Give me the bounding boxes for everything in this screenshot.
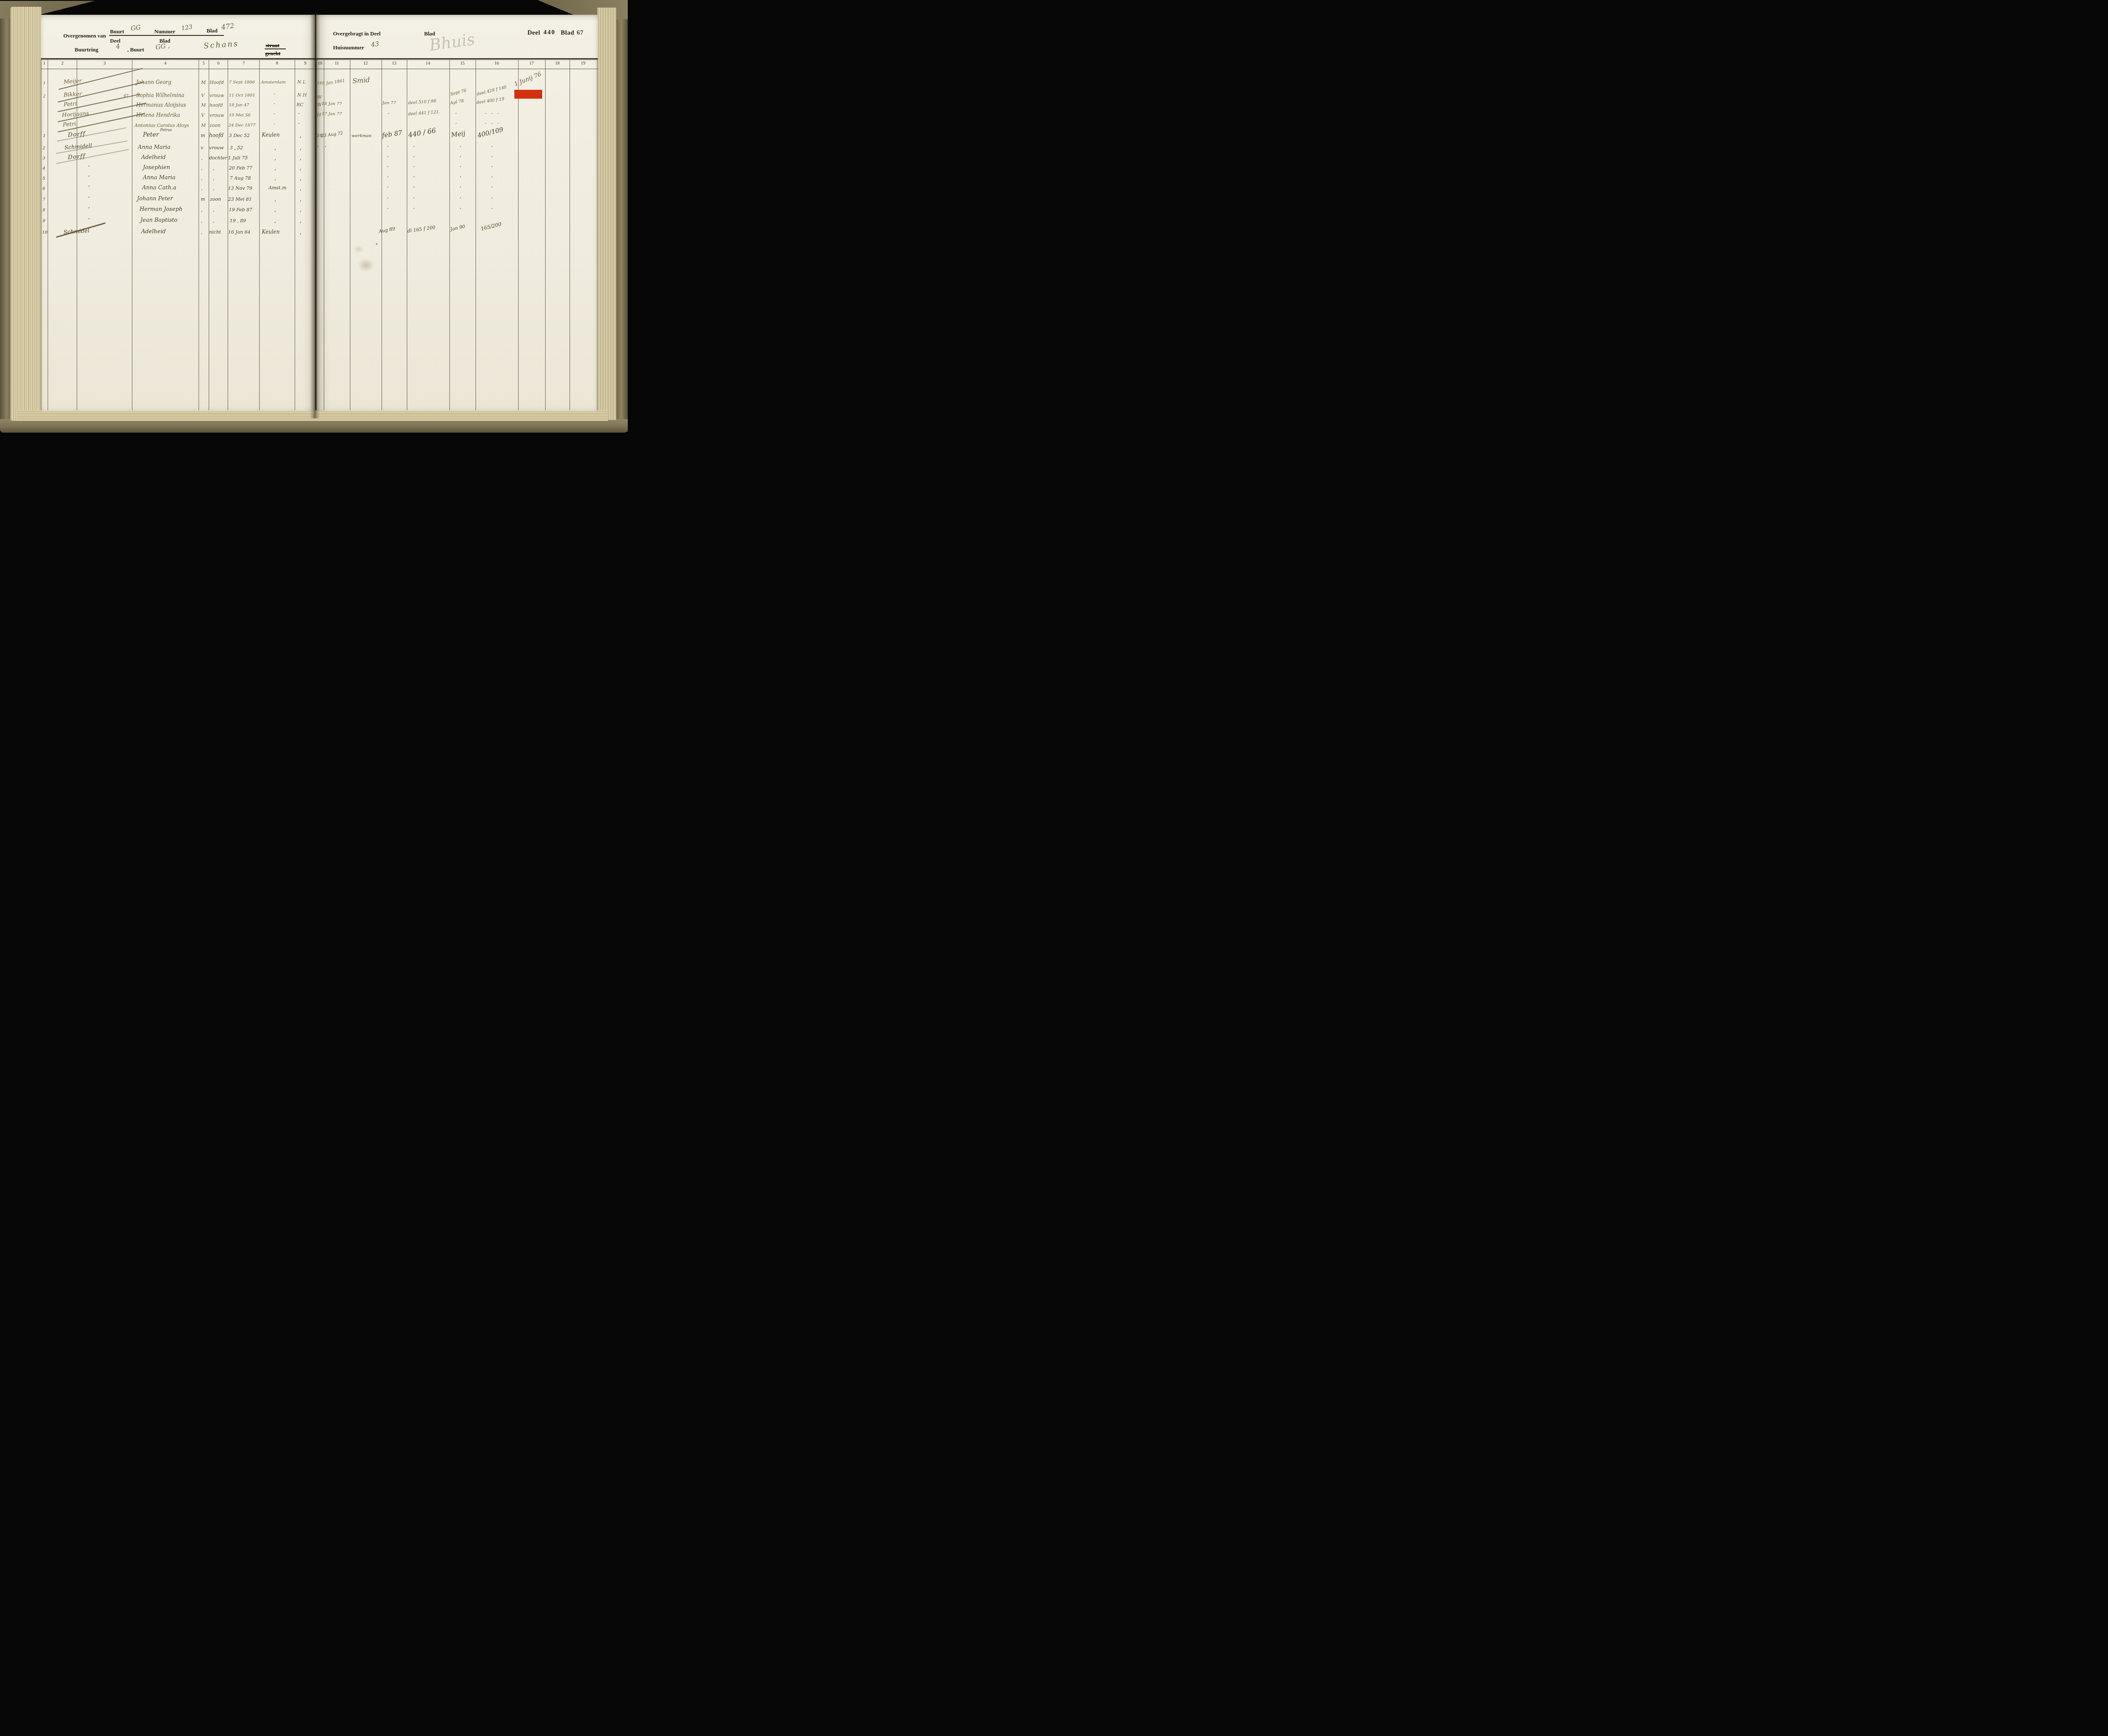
cell-relation: , — [213, 166, 215, 170]
buurtring-value: 4 — [116, 43, 121, 50]
cell-ditto: ’ — [491, 156, 493, 160]
column-line — [295, 59, 295, 410]
straat-gracht-divider — [265, 48, 286, 49]
cell-date: Jan 90 — [450, 224, 465, 231]
cell-birth-place: , — [274, 207, 276, 212]
row-number: 10 — [42, 231, 48, 235]
cell-date: 18 Jan 77 — [322, 102, 342, 106]
cell-given-name: Anna Maria — [143, 175, 175, 180]
cell-ditto: ’ — [460, 186, 461, 191]
row-number: 8 — [43, 208, 45, 213]
right-page: Overgebragt in Deel Blad Deel 440 Blad 6… — [316, 15, 598, 411]
cell-date: feb 87 — [382, 130, 403, 139]
cell-relation: hoofd — [209, 133, 223, 138]
cell-religion: , — [300, 145, 301, 150]
cell-given-name: Johann Peter — [137, 196, 173, 202]
cell-ditto: ’ — [413, 156, 415, 160]
buurt-value: GG — [130, 24, 141, 32]
cell-ditto: ’ — [413, 176, 415, 180]
cell-religion: RC — [296, 102, 304, 107]
cell-ditto: ’ — [387, 197, 389, 202]
cell-ditto: ’ — [491, 186, 493, 191]
cell-date: Sept 76 — [450, 89, 467, 97]
cell-birth-place: , — [274, 165, 276, 170]
cell-birth-date: 7 Aug 78 — [230, 176, 251, 180]
nummer-value: 123 — [181, 24, 193, 32]
column-number: 1 — [43, 62, 45, 66]
cell-birth-place: , — [274, 175, 276, 180]
cell-birth-date: 19 Feb 87 — [229, 207, 253, 212]
cell-religion: , — [300, 218, 301, 223]
cell-surname-ditto: ’ — [88, 165, 90, 171]
cell-religion: , — [300, 186, 301, 191]
column-line — [382, 59, 382, 410]
gracht-label-struck: gracht — [265, 51, 280, 56]
cell-relation: vrouw — [210, 93, 224, 98]
cell-surname-ditto: ’ — [88, 175, 90, 181]
cell-given-name: Peter — [143, 132, 159, 138]
cell-ditto: ’ — [413, 186, 415, 191]
cell-sex: m — [201, 197, 205, 202]
cell-register-ref: deel 510 f 98 — [408, 100, 436, 106]
column-line — [545, 59, 546, 410]
cell-given-name: Herman Joseph — [140, 207, 183, 212]
left-page: Overgenomen van Buurt GG Nummer 123 Blad… — [41, 15, 315, 411]
cell-date: Jan 77 — [382, 101, 396, 105]
cell-date: 5 Jan 1861 — [322, 79, 345, 86]
cell-sex: M — [201, 80, 206, 85]
row-number: 7 — [43, 198, 45, 202]
cell-ditto: ’ — [460, 145, 461, 150]
column-line — [48, 59, 48, 410]
row-number: 2 — [43, 146, 45, 151]
overgebragt-label: Overgebragt in Deel — [333, 31, 381, 36]
cell-relation: vrouw — [209, 145, 224, 150]
cell-ditto: ’ — [387, 145, 389, 150]
cell-sex: m — [201, 133, 205, 138]
cell-ditto: ’ — [460, 176, 461, 180]
column-number: 14 — [426, 62, 430, 66]
cell-ditto: ’ — [413, 207, 415, 212]
row-number: 9 — [43, 219, 45, 223]
cell-ditto: ’ — [325, 145, 326, 150]
cell-birth-place: Amsterdam — [261, 81, 285, 85]
nummer-label: Nummer — [154, 29, 175, 34]
row-number: 3 — [43, 156, 45, 161]
cell-birth-date: 1 Juli 75 — [228, 156, 248, 160]
cell-birth-date: 23 Mei 81 — [228, 197, 252, 202]
cell-ditto: ’ — [460, 197, 461, 202]
book-photo: Overgenomen van Buurt GG Nummer 123 Blad… — [0, 0, 628, 434]
page-stack-right — [597, 8, 616, 420]
row-number: 2 — [43, 94, 46, 99]
cell-religion: , — [300, 165, 301, 170]
ink-stain — [358, 258, 374, 272]
column-line — [350, 59, 350, 410]
ink-speck — [376, 243, 378, 245]
column-header-rule — [41, 69, 315, 69]
cell-ditto: ″ ″ ″ — [485, 113, 501, 117]
cell-birth-place: , — [274, 145, 276, 150]
redaction-marker — [514, 90, 542, 99]
cell-relation: zoon — [210, 123, 220, 128]
cell-given-name: Adelheid — [141, 229, 166, 234]
cell-sex: V — [201, 93, 204, 98]
cell-birth-place: ″ — [274, 113, 275, 118]
column-line — [476, 59, 476, 410]
cell-given-name: Antonius Carolus Aloys — [134, 123, 189, 128]
cell-birth-date: 20 Feb 77 — [229, 166, 253, 170]
cell-register-ref: 440 / 66 — [408, 127, 436, 138]
cell-birth-date: 18 Jan 47 — [229, 103, 249, 108]
cell-date: 17 Jan 77 — [322, 112, 342, 116]
cell-religion: , — [300, 207, 301, 212]
cell-register-ref: 400/109 — [477, 126, 504, 139]
column-number: 12 — [363, 62, 368, 66]
cell-given-name: Sophia Wilhelmina — [136, 93, 184, 98]
cell-religion: , — [300, 229, 301, 234]
cell-ditto: ″ — [455, 123, 457, 127]
column-line — [449, 59, 450, 410]
book-gutter-shadow — [310, 13, 320, 418]
column-number: 6 — [217, 62, 219, 66]
cell-date: 23 Aug 72 — [321, 131, 344, 138]
cell-register-ref: 165/200 — [480, 221, 502, 231]
cell-sex: , — [201, 176, 203, 180]
buurtring-label: Buurtring — [75, 47, 98, 52]
cell-given-name: Adelheid — [141, 155, 166, 160]
cell-surname-ditto: ’ — [88, 218, 90, 223]
column-number: 7 — [242, 62, 245, 66]
cell-religion: , — [300, 133, 301, 138]
row-number: 1 — [43, 81, 46, 86]
overgenomen-van-label: Overgenomen van — [63, 33, 106, 38]
cell-birth-date: 3 Dec 52 — [229, 133, 250, 138]
cell-surname: Petri — [63, 121, 76, 128]
cell-occupation: werkman — [352, 134, 371, 138]
column-number: 16 — [495, 62, 499, 66]
column-header-rule — [316, 69, 598, 69]
table-top-rule — [41, 58, 315, 60]
cell-birth-date: 13 Nov 79 — [228, 186, 252, 191]
cell-birth-place: , — [274, 155, 276, 160]
cell-given-name: Jean Baptisto — [140, 218, 177, 223]
ghost-pencil-script: Bhuis — [428, 31, 476, 54]
cell-relation: , — [213, 176, 215, 180]
cell-sex: , — [201, 186, 203, 191]
straat-label-struck: straat — [266, 43, 280, 48]
cell-ditto: ’ — [387, 166, 389, 170]
cell-register-ref: deel 400 f 19 — [476, 97, 505, 105]
cell-occupation: Smid — [352, 77, 370, 85]
cell-given-name: Josephien — [143, 165, 170, 170]
huisnummer-value: 43 — [371, 41, 379, 48]
cell-date: Meij — [451, 130, 465, 139]
row-number: 5 — [43, 177, 45, 181]
cell-ditto: ’ — [460, 166, 461, 170]
cell-ditto: ’ — [387, 186, 389, 191]
book-cover-right-edge — [616, 0, 628, 432]
column-line — [518, 59, 519, 410]
cell-ditto: ″ — [388, 113, 390, 117]
cell-birth-place: , — [274, 218, 276, 223]
page-stack-left — [11, 7, 41, 421]
cell-birth-place: ″ — [274, 94, 275, 98]
column-line — [199, 59, 199, 410]
book-cover-left-edge — [0, 2, 12, 431]
column-number: 4 — [164, 62, 166, 66]
cell-ditto: ’ — [460, 207, 461, 212]
cell-relation: zoon — [210, 197, 221, 202]
blad-badge-value: 67 — [577, 30, 583, 36]
column-line — [132, 59, 132, 410]
cell-relation: , — [213, 186, 215, 191]
table-top-rule — [316, 58, 598, 60]
cell-birth-date: 11 Oct 1801 — [229, 94, 255, 98]
cell-ditto: ’ — [491, 166, 493, 170]
cell-surname-ditto: ’ — [88, 196, 90, 202]
blad-label: Blad — [207, 28, 218, 33]
cell-ditto: ’ — [413, 197, 415, 202]
cell-religion: ″ — [298, 123, 300, 127]
cell-surname-ditto: ’ — [88, 186, 90, 191]
cell-ditto: ″ — [455, 113, 457, 117]
cell-ditto: ’ — [413, 166, 415, 170]
cell-sex: v — [201, 145, 203, 150]
cell-birth-place: ″ — [274, 124, 275, 128]
cell-ditto: ’ — [387, 156, 389, 160]
cell-sex: V — [201, 113, 204, 118]
cell-sex: M — [201, 103, 206, 108]
column-number: 5 — [202, 62, 204, 66]
cell-religion: , — [300, 196, 301, 202]
cell-birth-place: Keulen — [262, 229, 280, 234]
cell-given-name: Anna Cath.a — [142, 185, 176, 191]
deel-badge-label: Deel — [527, 30, 540, 36]
cell-name-superscript: Petrus — [160, 129, 172, 132]
cell-ditto: ’ — [460, 156, 461, 160]
column-number: 9 — [304, 62, 306, 66]
cell-birth-place: Amst.m — [269, 186, 286, 190]
column-number: 2 — [61, 62, 63, 66]
cell-register-ref: dl 165 f 200 — [407, 225, 436, 233]
cell-religion: ″ — [298, 113, 300, 117]
column-line — [407, 59, 407, 410]
cell-birth-date: 24 Dec 1877 — [229, 124, 255, 128]
cell-relation: nicht — [209, 230, 221, 234]
cell-date: Apl 78 — [450, 99, 464, 106]
cell-ditto: ’ — [491, 176, 493, 180]
cell-date: Aug 89 — [378, 226, 395, 234]
deel-badge-value: 440 — [543, 30, 556, 36]
cell-sex: , — [201, 166, 203, 170]
street-name-script: Schans — [203, 40, 239, 50]
column-number: 8 — [276, 62, 278, 66]
blad-badge-label: Blad — [561, 30, 574, 36]
column-number: 13 — [392, 62, 397, 66]
book-cover-bottom-edge — [0, 419, 628, 433]
cell-ditto: ’ — [387, 207, 389, 212]
ink-stain — [353, 245, 364, 253]
column-line — [228, 59, 228, 410]
column-line — [259, 59, 260, 410]
cell-register-ref: deel 441 f 121. — [408, 110, 441, 116]
column-line — [597, 59, 597, 410]
cell-sex: , — [201, 218, 203, 223]
cell-birth-place: Keulen — [262, 132, 280, 137]
buurt2-label: , Buurt — [127, 47, 144, 52]
cell-sex: , — [201, 230, 203, 234]
cell-birth-date: 16 Jan 64 — [228, 230, 250, 234]
cell-surname-ditto: ’ — [88, 207, 90, 213]
column-number: 11 — [335, 62, 339, 66]
column-number: 18 — [555, 62, 560, 66]
column-number: 17 — [530, 62, 534, 66]
cell-sex: , — [201, 207, 203, 212]
cell-birth-place: , — [274, 196, 276, 202]
column-line — [570, 59, 570, 410]
column-line — [41, 59, 41, 410]
cell-relation: Hoofd — [210, 80, 224, 85]
column-line — [209, 59, 209, 410]
cell-religion: N H — [297, 93, 307, 97]
cell-relation: dochter — [209, 156, 227, 160]
cell-religion: , — [300, 155, 301, 160]
cell-birth-date: 19 , 89 — [230, 218, 246, 223]
cell-ditto: ’ — [491, 207, 493, 212]
cell-sex: M — [201, 123, 206, 128]
cell-sex: , — [201, 156, 203, 160]
cell-relation: , — [213, 207, 215, 212]
cell-surname: Petri — [64, 101, 77, 108]
cell-birth-date: 7 Sept 1806 — [229, 81, 255, 85]
cell-birth-date: 10 Mei 56 — [229, 113, 250, 118]
huisnummer-label: Huisnummer — [333, 45, 364, 50]
cell-ditto: ’ — [491, 145, 493, 150]
row-number: 4 — [43, 167, 45, 171]
column-number: 15 — [460, 62, 465, 66]
cell-relation: vrouw — [210, 113, 224, 118]
row-number: 1 — [43, 134, 46, 138]
column-number: 3 — [103, 62, 105, 66]
buurt-label: Buurt — [110, 29, 124, 34]
cell-register-ref: deel 429 f 140 — [476, 85, 507, 97]
blad-value: 472 — [221, 22, 234, 31]
cell-relation: hoofd — [210, 103, 223, 108]
cell-religion: N L — [297, 80, 306, 84]
cell-ditto: ’ — [387, 176, 389, 180]
row-number: 6 — [43, 187, 45, 191]
column-number: 19 — [581, 62, 586, 66]
cell-birth-date: 3 , 52 — [230, 145, 243, 150]
cell-birth-place: ″ — [274, 103, 275, 108]
cell-given-name: Anna Maria — [138, 145, 170, 150]
cell-ditto: ’ — [491, 197, 493, 202]
cell-ditto: ’ — [413, 145, 415, 150]
cell-surname: Horijaans — [62, 111, 89, 118]
cell-relation: , — [213, 218, 215, 223]
buurt2-value: GG , — [155, 43, 170, 51]
cell-religion: , — [300, 175, 301, 180]
header-rule — [109, 35, 224, 36]
